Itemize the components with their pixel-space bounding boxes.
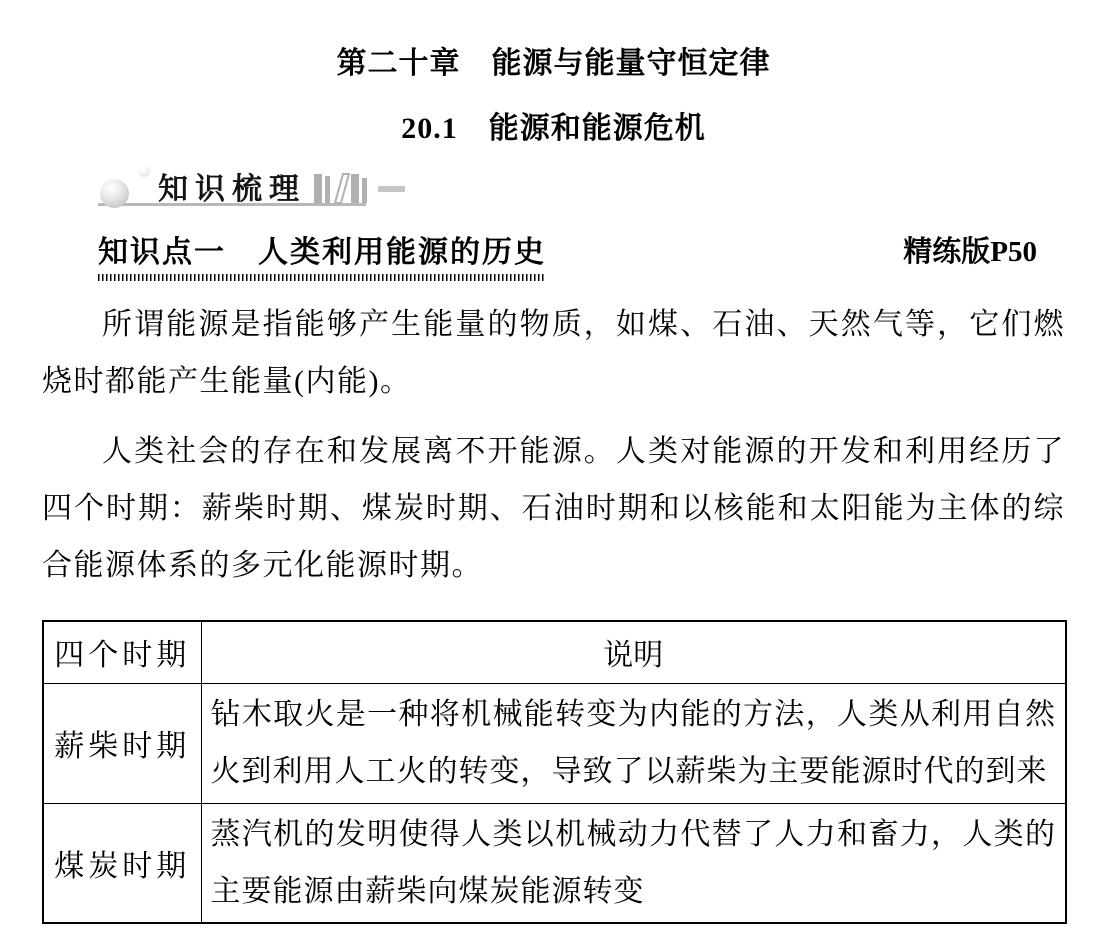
dash-icon bbox=[378, 186, 405, 192]
section-title: 20.1 能源和能源危机 bbox=[42, 103, 1065, 147]
page-content: 第二十章 能源与能量守恒定律 20.1 能源和能源危机 知识梳理 知识点一 人类… bbox=[42, 0, 1065, 594]
small-circle-icon bbox=[138, 165, 150, 177]
table-header-period: 四个时期 bbox=[43, 621, 201, 683]
table-row: 煤炭时期 蒸汽机的发明使得人类以机械动力代替了人力和畜力，人类的主要能源由薪柴向… bbox=[43, 803, 1066, 923]
sphere-icon bbox=[100, 179, 129, 208]
chapter-title: 第二十章 能源与能量守恒定律 bbox=[42, 0, 1065, 82]
paragraph: 所谓能源是指能够产生能量的物质，如煤、石油、天然气等，它们燃烧时都能产生能量(内… bbox=[42, 296, 1065, 410]
table-row: 薪柴时期 钻木取火是一种将机械能转变为内能的方法，人类从利用自然火到利用人工火的… bbox=[43, 683, 1066, 803]
description-cell: 蒸汽机的发明使得人类以机械动力代替了人力和畜力，人类的主要能源由薪柴向煤炭能源转… bbox=[201, 803, 1066, 923]
paragraph: 人类社会的存在和发展离不开能源。人类对能源的开发和利用经历了四个时期：薪柴时期、… bbox=[42, 423, 1065, 594]
period-cell: 煤炭时期 bbox=[43, 803, 201, 923]
energy-periods-table: 四个时期 说明 薪柴时期 钻木取火是一种将机械能转变为内能的方法，人类从利用自然… bbox=[42, 620, 1067, 924]
body-text: 所谓能源是指能够产生能量的物质，如煤、石油、天然气等，它们燃烧时都能产生能量(内… bbox=[42, 296, 1065, 594]
description-cell: 钻木取火是一种将机械能转变为内能的方法，人类从利用自然火到利用人工火的转变，导致… bbox=[201, 683, 1066, 803]
practice-book-ref: 精练版P50 bbox=[903, 229, 1037, 270]
table-header-description: 说明 bbox=[201, 621, 1066, 683]
books-icon bbox=[314, 169, 368, 210]
table-header-row: 四个时期 说明 bbox=[43, 621, 1066, 683]
period-cell: 薪柴时期 bbox=[43, 683, 201, 803]
knowledge-point-row: 知识点一 人类利用能源的历史 精练版P50 bbox=[42, 227, 1065, 281]
knowledge-point-title: 知识点一 人类利用能源的历史 bbox=[98, 227, 546, 281]
knowledge-banner: 知识梳理 bbox=[98, 161, 518, 211]
banner-label: 知识梳理 bbox=[158, 164, 306, 208]
